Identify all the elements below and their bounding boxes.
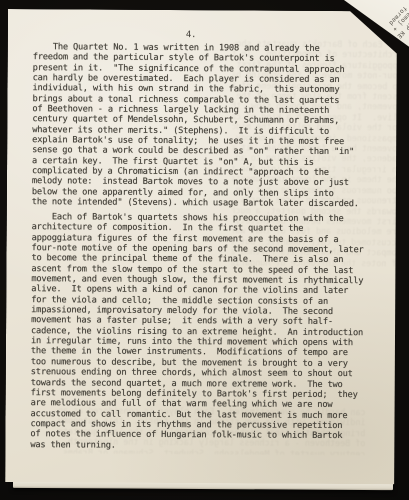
paragraph-quartet-no1: The Quartet No. 1 was written in 1908 an… xyxy=(32,42,383,210)
typed-line: the note intended" (Stevens). which usag… xyxy=(32,197,382,209)
document-page: 4. The Quartet No. 1 was written in 1908… xyxy=(5,9,397,484)
typed-line: was then turning. xyxy=(30,440,380,452)
paragraph-quartet-architecture: Each of Bartok's quartets shows his preo… xyxy=(30,212,381,452)
photo-background: 4. The Quartet No. 1 was written in 1908… xyxy=(0,0,409,500)
page-number: 4. xyxy=(186,30,216,40)
